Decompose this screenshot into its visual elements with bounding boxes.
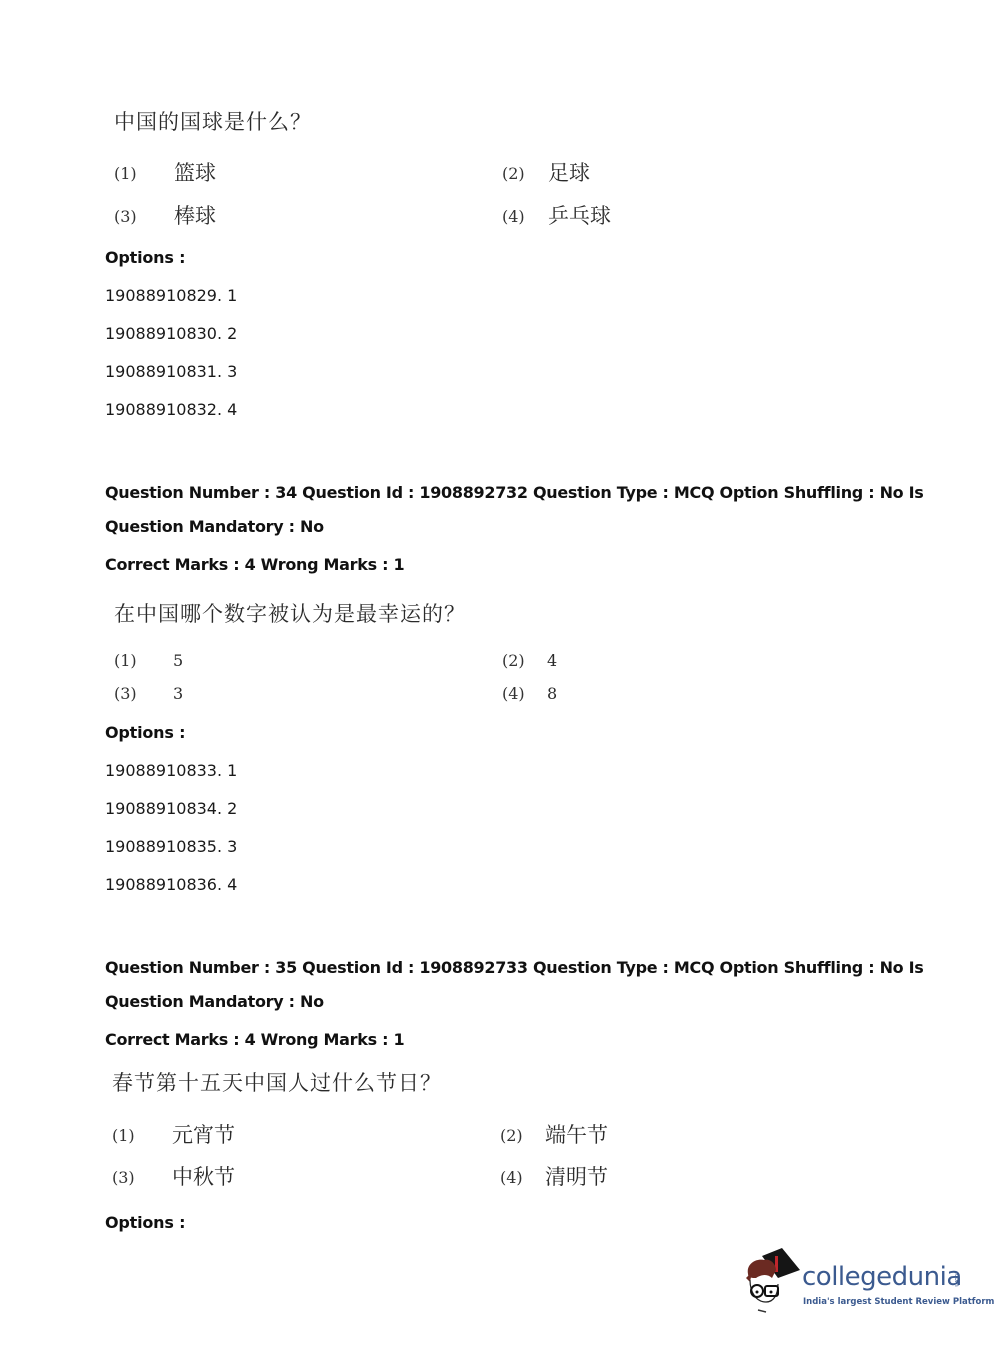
choice-number: (4) <box>502 207 525 226</box>
choice-value: 中秋节 <box>172 1161 235 1191</box>
option-id: 19088910832. 4 <box>105 400 237 419</box>
choice-number: (3) <box>112 1168 135 1187</box>
option-id: 19088910834. 2 <box>105 799 237 818</box>
choice-number: (4) <box>500 1168 523 1187</box>
choice-number: (4) <box>502 684 525 703</box>
choice-number: (2) <box>502 164 525 183</box>
choice-value: 8 <box>547 684 557 703</box>
option-id: 19088910835. 3 <box>105 837 237 856</box>
choice-number: (2) <box>500 1126 523 1145</box>
option-id: 19088910831. 3 <box>105 362 237 381</box>
question-meta-line: Question Number : 35 Question Id : 19088… <box>105 958 924 977</box>
choice-number: (3) <box>114 207 137 226</box>
choice-number: (1) <box>112 1126 135 1145</box>
option-id: 19088910829. 1 <box>105 286 237 305</box>
question-meta-line: Question Number : 34 Question Id : 19088… <box>105 483 924 502</box>
collegedunia-logo: collegedunia .com India's largest Studen… <box>742 1248 972 1320</box>
choice-value: 棒球 <box>174 200 216 230</box>
options-label: Options : <box>105 1213 185 1232</box>
options-label: Options : <box>105 723 185 742</box>
choice-value: 端午节 <box>545 1119 608 1149</box>
student-mascot-icon <box>742 1248 804 1320</box>
marks-line: Correct Marks : 4 Wrong Marks : 1 <box>105 555 404 574</box>
option-id: 19088910833. 1 <box>105 761 237 780</box>
question-text: 中国的国球是什么？ <box>114 106 312 136</box>
choice-value: 3 <box>173 684 183 703</box>
question-text: 春节第十五天中国人过什么节日？ <box>112 1067 442 1097</box>
brand-name: collegedunia <box>802 1262 962 1292</box>
choice-value: 元宵节 <box>172 1119 235 1149</box>
choice-value: 足球 <box>548 157 590 187</box>
marks-line: Correct Marks : 4 Wrong Marks : 1 <box>105 1030 404 1049</box>
choice-value: 篮球 <box>174 157 216 187</box>
option-id: 19088910830. 2 <box>105 324 237 343</box>
choice-value: 5 <box>173 651 183 670</box>
choice-number: (1) <box>114 651 137 670</box>
question-mandatory-line: Question Mandatory : No <box>105 517 324 536</box>
choice-value: 乒乓球 <box>548 200 611 230</box>
choice-value: 4 <box>547 651 557 670</box>
choice-number: (3) <box>114 684 137 703</box>
brand-com: .com <box>953 1272 960 1287</box>
question-text: 在中国哪个数字被认为是最幸运的？ <box>114 598 466 628</box>
choice-number: (2) <box>502 651 525 670</box>
choice-number: (1) <box>114 164 137 183</box>
brand-tagline: India's largest Student Review Platform <box>803 1297 994 1307</box>
choice-value: 清明节 <box>545 1161 608 1191</box>
question-mandatory-line: Question Mandatory : No <box>105 992 324 1011</box>
option-id: 19088910836. 4 <box>105 875 237 894</box>
options-label: Options : <box>105 248 185 267</box>
